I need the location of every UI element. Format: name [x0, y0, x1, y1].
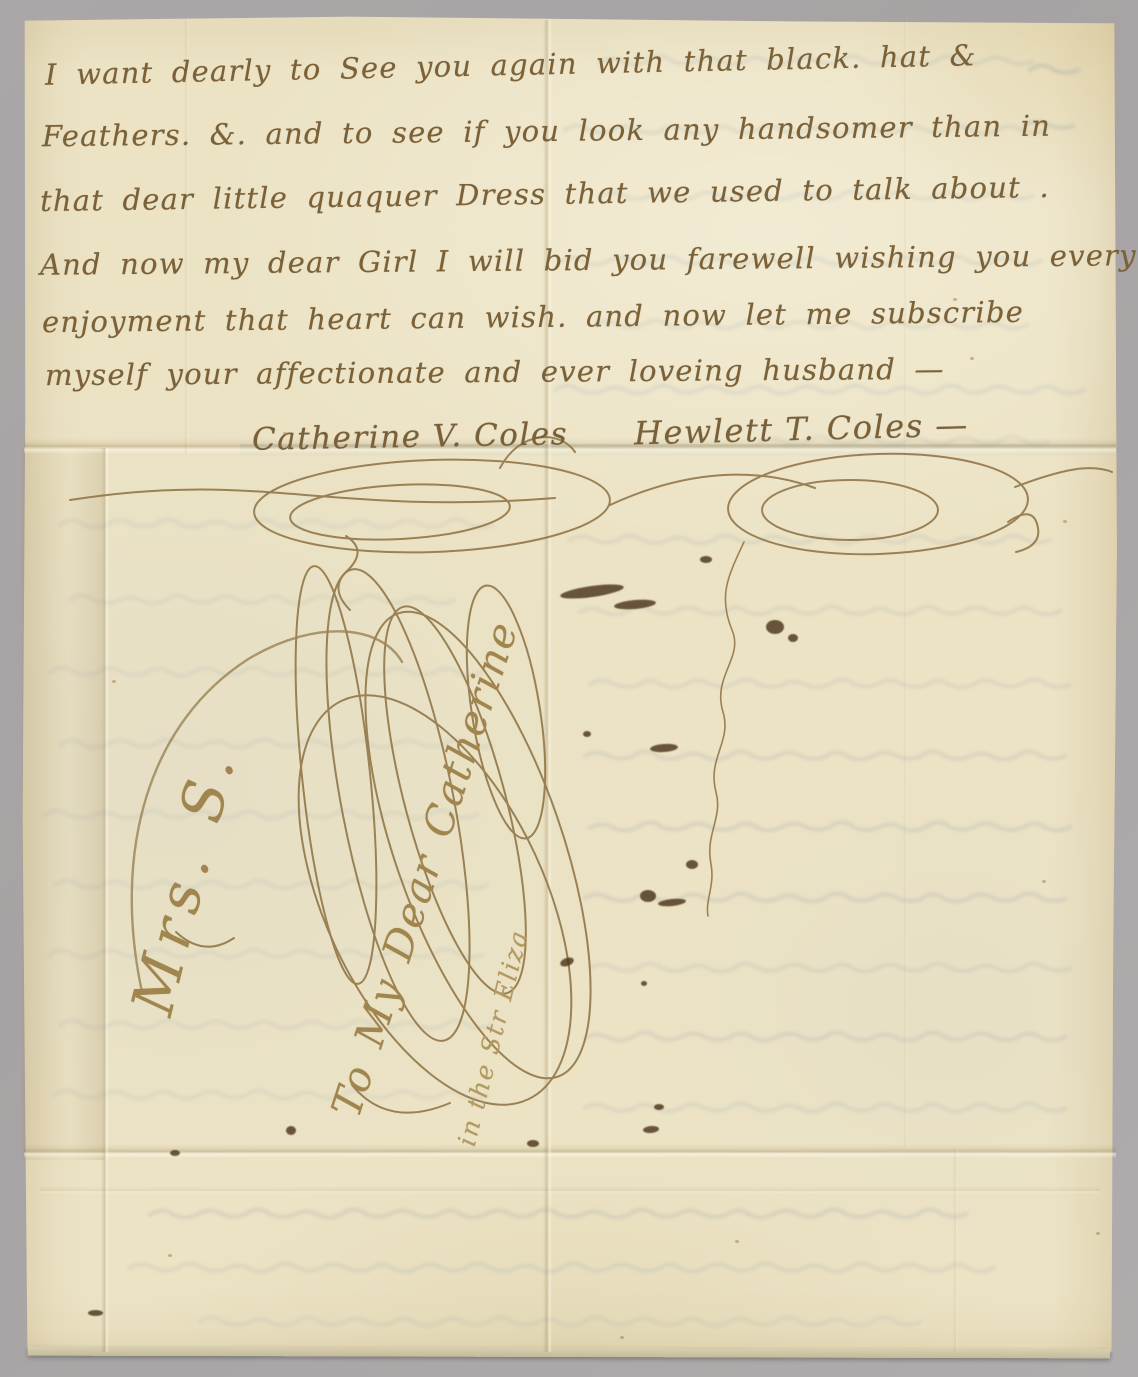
- ink-blot: [527, 1140, 539, 1147]
- ink-blot: [686, 860, 698, 869]
- ink-blot: [700, 556, 712, 563]
- ink-blot: [640, 890, 656, 902]
- foxing-speck: [970, 357, 974, 360]
- letter-line-6: myself your affectionate and ever lovein…: [45, 352, 945, 392]
- letter-paper: [22, 16, 1117, 1356]
- fold-shading-left-flap: [22, 448, 108, 1160]
- foxing-speck: [620, 1336, 624, 1339]
- ink-blot: [654, 1104, 664, 1110]
- foxing-speck: [283, 432, 287, 435]
- foxing-speck: [168, 1254, 172, 1257]
- ink-blot: [286, 1126, 296, 1135]
- ink-blot: [88, 1310, 103, 1316]
- ink-blot: [583, 731, 591, 737]
- foxing-speck: [1096, 1232, 1100, 1235]
- foxing-speck: [1063, 520, 1067, 523]
- ink-blot: [641, 981, 647, 986]
- foxing-speck: [953, 298, 957, 301]
- foxing-speck: [1042, 880, 1046, 883]
- ink-blot: [170, 1150, 180, 1156]
- foxing-speck: [735, 1240, 739, 1243]
- signature-catherine: Catherine V. Coles: [252, 416, 569, 458]
- ink-blot: [766, 620, 784, 634]
- letter-scan: { "document": { "kind": "handwritten let…: [0, 0, 1138, 1377]
- foxing-speck: [112, 680, 116, 683]
- ink-blot: [788, 634, 798, 642]
- paper-bottom-edge: [28, 1347, 1110, 1359]
